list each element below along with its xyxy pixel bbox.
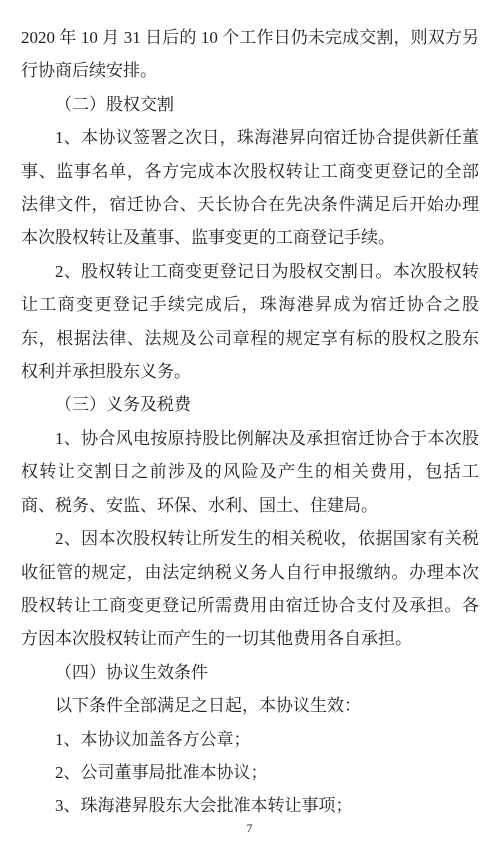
paragraph-conditions-intro: 以下条件全部满足之日起，本协议生效： bbox=[21, 689, 479, 722]
paragraph-item-2: 2、股权转让工商变更登记日为股权交割日。本次股权转让工商变更登记手续完成后，珠海… bbox=[21, 255, 479, 389]
paragraph-item-1: 1、本协议签署之次日，珠海港昇向宿迁协合提供新任董事、监事名单，各方完成本次股权… bbox=[21, 121, 479, 255]
list-item-condition-3: 3、珠海港昇股东大会批准本转让事项； bbox=[21, 789, 479, 822]
paragraph-item-2b: 2、因本次股权转让所发生的相关税收，依据国家有关税收征管的规定，由法定纳税义务人… bbox=[21, 522, 479, 656]
section-heading-effectiveness-conditions: （四）协议生效条件 bbox=[21, 656, 479, 689]
list-item-condition-2: 2、公司董事局批准本协议； bbox=[21, 756, 479, 789]
section-heading-obligations-taxes: （三）义务及税费 bbox=[21, 388, 479, 421]
page-number: 7 bbox=[0, 821, 499, 836]
list-item-condition-1: 1、本协议加盖各方公章； bbox=[21, 723, 479, 756]
paragraph-continuation: 2020 年 10 月 31 日后的 10 个工作日仍未完成交割，则双方另行协商… bbox=[21, 21, 479, 88]
document-page: 2020 年 10 月 31 日后的 10 个工作日仍未完成交割，则双方另行协商… bbox=[0, 0, 499, 848]
paragraph-item-1b: 1、协合风电按原持股比例解决及承担宿迁协合于本次股权转让交割日之前涉及的风险及产… bbox=[21, 422, 479, 522]
document-content: 2020 年 10 月 31 日后的 10 个工作日仍未完成交割，则双方另行协商… bbox=[21, 21, 479, 823]
section-heading-equity-delivery: （二）股权交割 bbox=[21, 88, 479, 121]
